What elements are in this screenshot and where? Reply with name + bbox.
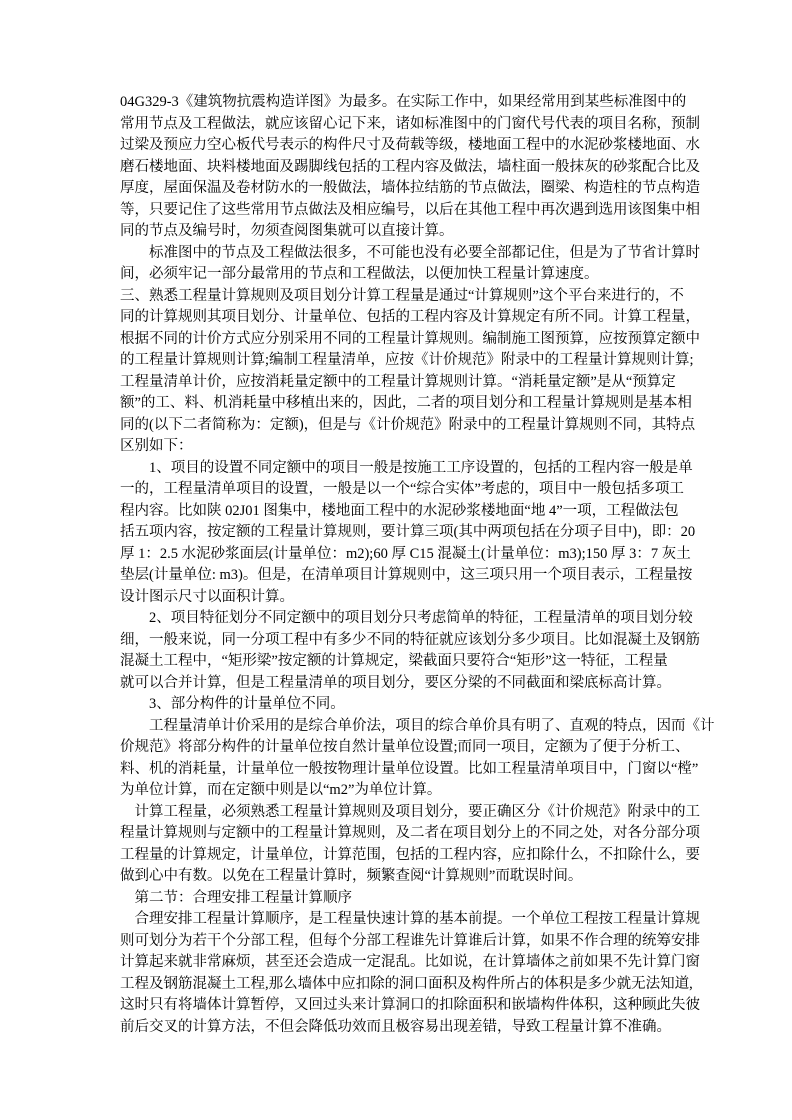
- text-line: 程量计算规则与定额中的工程量计算规则，及二者在项目划分上的不同之处，对各分部分项: [120, 823, 676, 845]
- text-line: 区别如下：: [120, 436, 676, 458]
- text-line: 混凝土工程中，“矩形梁”按定额的计算规定，梁截面只要符合“矩形”这一特征，工程量: [120, 651, 676, 673]
- text-line: 前后交叉的计算方法，不但会降低功效而且极容易出现差错，导致工程量计算不准确。: [120, 1017, 676, 1039]
- text-line: 同的节点及编号时，勿须查阅图集就可以直接计算。: [120, 221, 676, 243]
- text-line: 则可划分为若干个分部工程，但每个分部工程谁先计算谁后计算，如果不作合理的统筹安排: [120, 931, 676, 953]
- text-line: 2、项目特征划分不同定额中的项目划分只考虑简单的特征，工程量清单的项目划分较: [120, 608, 676, 630]
- text-line: 等，只要记住了这些常用节点做法及相应编号，以后在其他工程中再次遇到选用该图集中相: [120, 200, 676, 222]
- text-line: 垫层(计量单位: m3)。但是，在清单项目计算规则中，这三项只用一个项目表示，工…: [120, 565, 676, 587]
- text-line: 做到心中有数。以免在工程量计算时，频繁查阅“计算规则”而耽误时间。: [120, 866, 676, 888]
- text-line: 为单位计算，而在定额中则是以“m2”为单位计算。: [120, 780, 676, 802]
- text-line: 工程及钢筋混凝土工程,那么墙体中应扣除的洞口面积及构件所占的体积是多少就无法知道…: [120, 974, 676, 996]
- document-lines: 04G329-3《建筑物抗震构造详图》为最多。在实际工作中，如果经常用到某些标准…: [120, 92, 676, 1038]
- text-line: 一的，工程量清单项目的设置，一般是以一个“综合实体”考虑的，项目中一般包括多项工: [120, 479, 676, 501]
- text-line: 计算工程量，必须熟悉工程量计算规则及项目划分，要正确区分《计价规范》附录中的工: [120, 802, 676, 824]
- text-line: 工程量清单计价，应按消耗量定额中的工程量计算规则计算。“消耗量定额”是从“预算定: [120, 372, 676, 394]
- text-line: 过梁及预应力空心板代号表示的构件尺寸及荷载等级，楼地面工程中的水泥砂浆楼地面、水: [120, 135, 676, 157]
- text-line: 根据不同的计价方式应分别采用不同的工程量计算规则。编制施工图预算，应按预算定额中: [120, 329, 676, 351]
- text-line: 磨石楼地面、块料楼地面及踢脚线包括的工程内容及做法，墙柱面一般抹灰的砂浆配合比及: [120, 157, 676, 179]
- text-line: 工程量清单计价采用的是综合单价法，项目的综合单价具有明了、直观的特点，因而《计: [120, 716, 676, 738]
- text-line: 04G329-3《建筑物抗震构造详图》为最多。在实际工作中，如果经常用到某些标准…: [120, 92, 676, 114]
- text-line: 第二节：合理安排工程量计算顺序: [120, 888, 676, 910]
- text-line: 常用节点及工程做法，就应该留心记下来，诸如标准图中的门窗代号代表的项目名称，预制: [120, 114, 676, 136]
- text-line: 同的计算规则其项目划分、计量单位、包括的工程内容及计算规定有所不同。计算工程量，: [120, 307, 676, 329]
- text-line: 工程量的计算规定，计量单位，计算范围，包括的工程内容，应扣除什么，不扣除什么，要: [120, 845, 676, 867]
- text-line: 3、部分构件的计量单位不同。: [120, 694, 676, 716]
- text-line: 的工程量计算规则计算;编制工程量清单，应按《计价规范》附录中的工程量计算规则计算…: [120, 350, 676, 372]
- text-line: 程内容。比如陕 02J01 图集中，楼地面工程中的水泥砂浆楼地面“地 4”一项，…: [120, 501, 676, 523]
- text-line: 厚度，屋面保温及卷材防水的一般做法，墙体拉结筋的节点做法，圈梁、构造柱的节点构造: [120, 178, 676, 200]
- text-line: 合理安排工程量计算顺序，是工程量快速计算的基本前提。一个单位工程按工程量计算规: [120, 909, 676, 931]
- text-line: 三、熟悉工程量计算规则及项目划分计算工程量是通过“计算规则”这个平台来进行的，不: [120, 286, 676, 308]
- text-line: 料、机的消耗量，计量单位一般按物理计量单位设置。比如工程量清单项目中，门窗以“樘…: [120, 759, 676, 781]
- text-line: 计算起来就非常麻烦，甚至还会造成一定混乱。比如说，在计算墙体之前如果不先计算门窗: [120, 952, 676, 974]
- text-line: 这时只有将墙体计算暂停，又回过头来计算洞口的扣除面积和嵌墙构件体积，这种顾此失彼: [120, 995, 676, 1017]
- text-line: 厚 1：2.5 水泥砂浆面层(计量单位：m2);60 厚 C15 混凝土(计量单…: [120, 544, 676, 566]
- text-line: 价规范》将部分构件的计量单位按自然计量单位设置;而同一项目，定额为了便于分析工、: [120, 737, 676, 759]
- text-line: 间，必须牢记一部分最常用的节点和工程做法，以便加快工程量计算速度。: [120, 264, 676, 286]
- text-line: 设计图示尺寸以面积计算。: [120, 587, 676, 609]
- document-page: 04G329-3《建筑物抗震构造详图》为最多。在实际工作中，如果经常用到某些标准…: [0, 0, 792, 1120]
- text-line: 就可以合并计算，但是工程量清单的项目划分，要区分梁的不同截面和梁底标高计算。: [120, 673, 676, 695]
- text-line: 额”的工、料、机消耗量中移植出来的，因此，二者的项目划分和工程量计算规则是基本相: [120, 393, 676, 415]
- text-line: 标准图中的节点及工程做法很多，不可能也没有必要全部都记住，但是为了节省计算时: [120, 243, 676, 265]
- text-line: 同的(以下二者简称为：定额)，但是与《计价规范》附录中的工程量计算规则不同，其特…: [120, 415, 676, 437]
- text-line: 1、项目的设置不同定额中的项目一般是按施工工序设置的，包括的工程内容一般是单: [120, 458, 676, 480]
- text-line: 细，一般来说，同一分项工程中有多少不同的特征就应该划分多少项目。比如混凝土及钢筋: [120, 630, 676, 652]
- text-line: 括五项内容，按定额的工程量计算规则，要计算三项(其中两项包括在分项子目中)，即：…: [120, 522, 676, 544]
